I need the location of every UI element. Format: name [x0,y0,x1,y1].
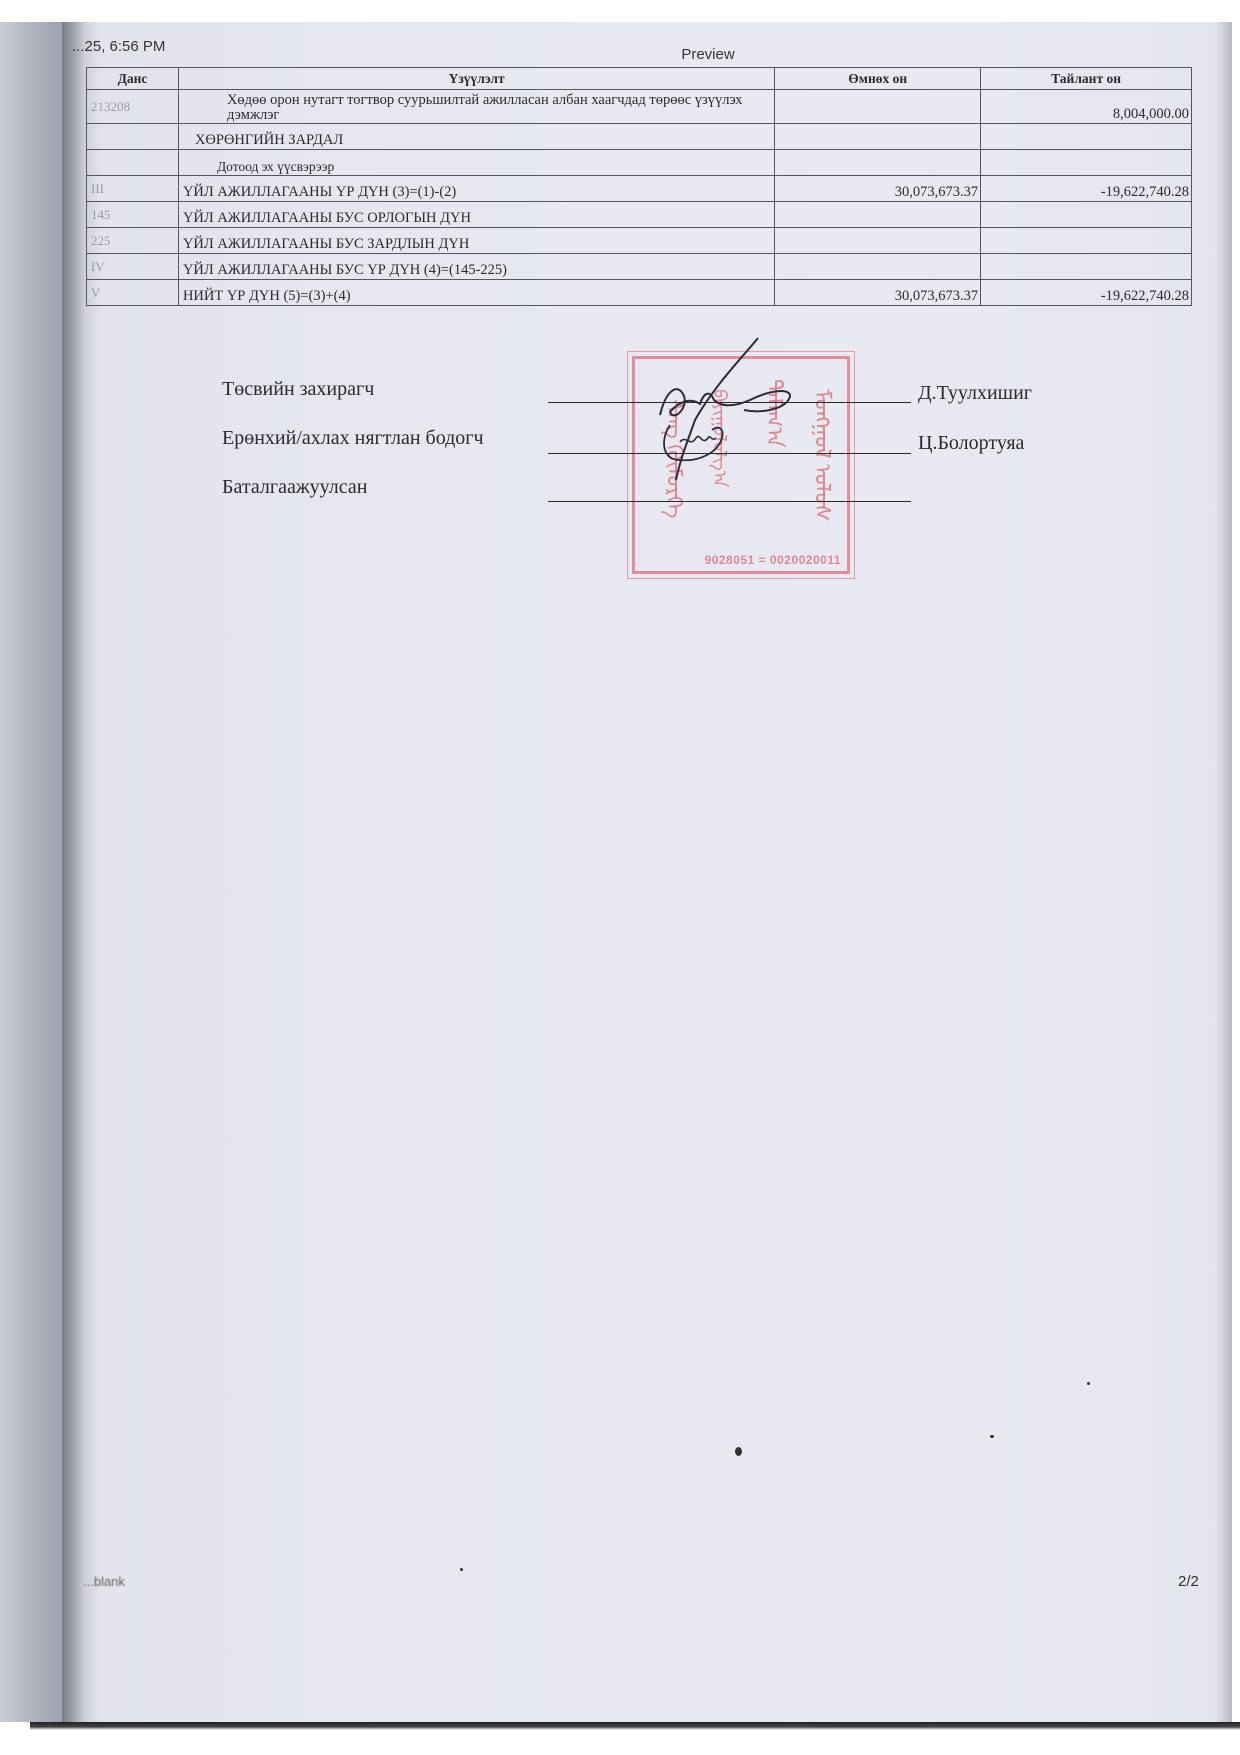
scan-speck [1087,1382,1090,1385]
signatory-name: Д.Туулхишиг [918,382,1032,405]
signature-line [548,402,911,403]
account-code: 225 [87,228,179,254]
report-year-value [981,150,1192,176]
row-description: ҮЙЛ АЖИЛЛАГААНЫ БУС ОРЛОГЫН ДҮН [178,202,774,228]
scan-speck [460,1568,463,1571]
signature-line [548,501,911,502]
row-description: ХӨРӨНГИЙН ЗАРДАЛ [178,124,774,150]
row-description: Дотоод эх үүсвэрээр [178,150,774,176]
signature-role-label: Ерөнхий/ахлах нягтлан бодогч [222,427,484,450]
financial-report-table: Данс Үзүүлэлт Өмнөх он Тайлант он 213208… [86,67,1192,306]
account-code [87,150,179,176]
stamp-id-number: 9028051 = 0020020011 [705,553,841,567]
table-row: 145 ҮЙЛ АЖИЛЛАГААНЫ БУС ОРЛОГЫН ДҮН [87,202,1192,228]
print-timestamp: ...25, 6:56 PM [72,38,165,55]
row-description: ҮЙЛ АЖИЛЛАГААНЫ БУС ЗАРДЛЫН ДҮН [178,228,774,254]
binding-shadow [62,22,84,1722]
row-description: ҮЙЛ АЖИЛЛАГААНЫ БУС ҮР ДҮН (4)=(145-225) [178,254,774,280]
account-code [87,124,179,150]
scan-speck [735,1447,742,1456]
prev-year-value: 30,073,673.37 [775,280,981,306]
report-year-value [981,254,1192,280]
table-row: ХӨРӨНГИЙН ЗАРДАЛ [87,124,1192,150]
signature-role-label: Баталгаажуулсан [222,476,367,499]
prev-year-value: 30,073,673.37 [775,176,981,202]
report-year-value: -19,622,740.28 [981,176,1192,202]
prev-year-value [775,254,981,280]
account-code: 213208 [87,90,179,124]
table-row: IV ҮЙЛ АЖИЛЛАГААНЫ БУС ҮР ДҮН (4)=(145-2… [87,254,1192,280]
print-footer-url: ...blank [83,1574,125,1589]
report-year-value: 8,004,000.00 [981,90,1192,124]
table-row: Дотоод эх үүсвэрээр [87,150,1192,176]
signature-role-label: Төсвийн захирагч [222,378,374,401]
signatory-name: Ц.Болортуяа [918,432,1024,455]
col-header-account: Данс [87,68,179,90]
stamp-script-text: ᠪᠠᠶᠢᠭᠤᠯᠤᠯᠭ᠎ᠠ [705,389,736,487]
prev-year-value [775,150,981,176]
table-header-row: Данс Үзүүлэлт Өмнөх он Тайлант он [87,68,1192,90]
account-code: IV [87,254,179,280]
account-code: 145 [87,202,179,228]
report-year-value [981,228,1192,254]
print-title: Preview [681,46,734,63]
report-year-value [981,124,1192,150]
print-header: ...25, 6:56 PM Preview [72,38,1192,58]
page-number: 2/2 [1178,1573,1199,1590]
report-year-value [981,202,1192,228]
signature-line [548,453,911,454]
official-stamp: ᠰᠠᠩ ᠬᠥᠮᠦᠷᠭᠡ ᠪᠠᠶᠢᠭᠤᠯᠤᠯᠭ᠎ᠠ ᠲᠠᠮᠠᠭ᠎ᠠ ᠮᠣᠩᠭᠣᠯ … [632,356,850,574]
report-year-value: -19,622,740.28 [981,280,1192,306]
row-description: ҮЙЛ АЖИЛЛАГААНЫ ҮР ДҮН (3)=(1)-(2) [178,176,774,202]
col-header-indicator: Үзүүлэлт [178,68,774,90]
col-header-report-year: Тайлант он [981,68,1192,90]
table-row: III ҮЙЛ АЖИЛЛАГААНЫ ҮР ДҮН (3)=(1)-(2) 3… [87,176,1192,202]
row-description: Хөдөө орон нутагт тогтвор суурьшилтай аж… [178,90,774,124]
account-code: V [87,280,179,306]
scan-speck [990,1435,994,1438]
row-description: НИЙТ ҮР ДҮН (5)=(3)+(4) [178,280,774,306]
account-code: III [87,176,179,202]
table-row: 225 ҮЙЛ АЖИЛЛАГААНЫ БУС ЗАРДЛЫН ДҮН [87,228,1192,254]
prev-year-value [775,90,981,124]
prev-year-value [775,202,981,228]
table-row: 213208 Хөдөө орон нутагт тогтвор суурьши… [87,90,1192,124]
prev-year-value [775,124,981,150]
stamp-script-text: ᠲᠠᠮᠠᠭ᠎ᠠ [755,379,793,448]
prev-year-value [775,228,981,254]
table-row: V НИЙТ ҮР ДҮН (5)=(3)+(4) 30,073,673.37 … [87,280,1192,306]
col-header-prev-year: Өмнөх он [775,68,981,90]
page-bottom-edge [30,1722,1240,1730]
